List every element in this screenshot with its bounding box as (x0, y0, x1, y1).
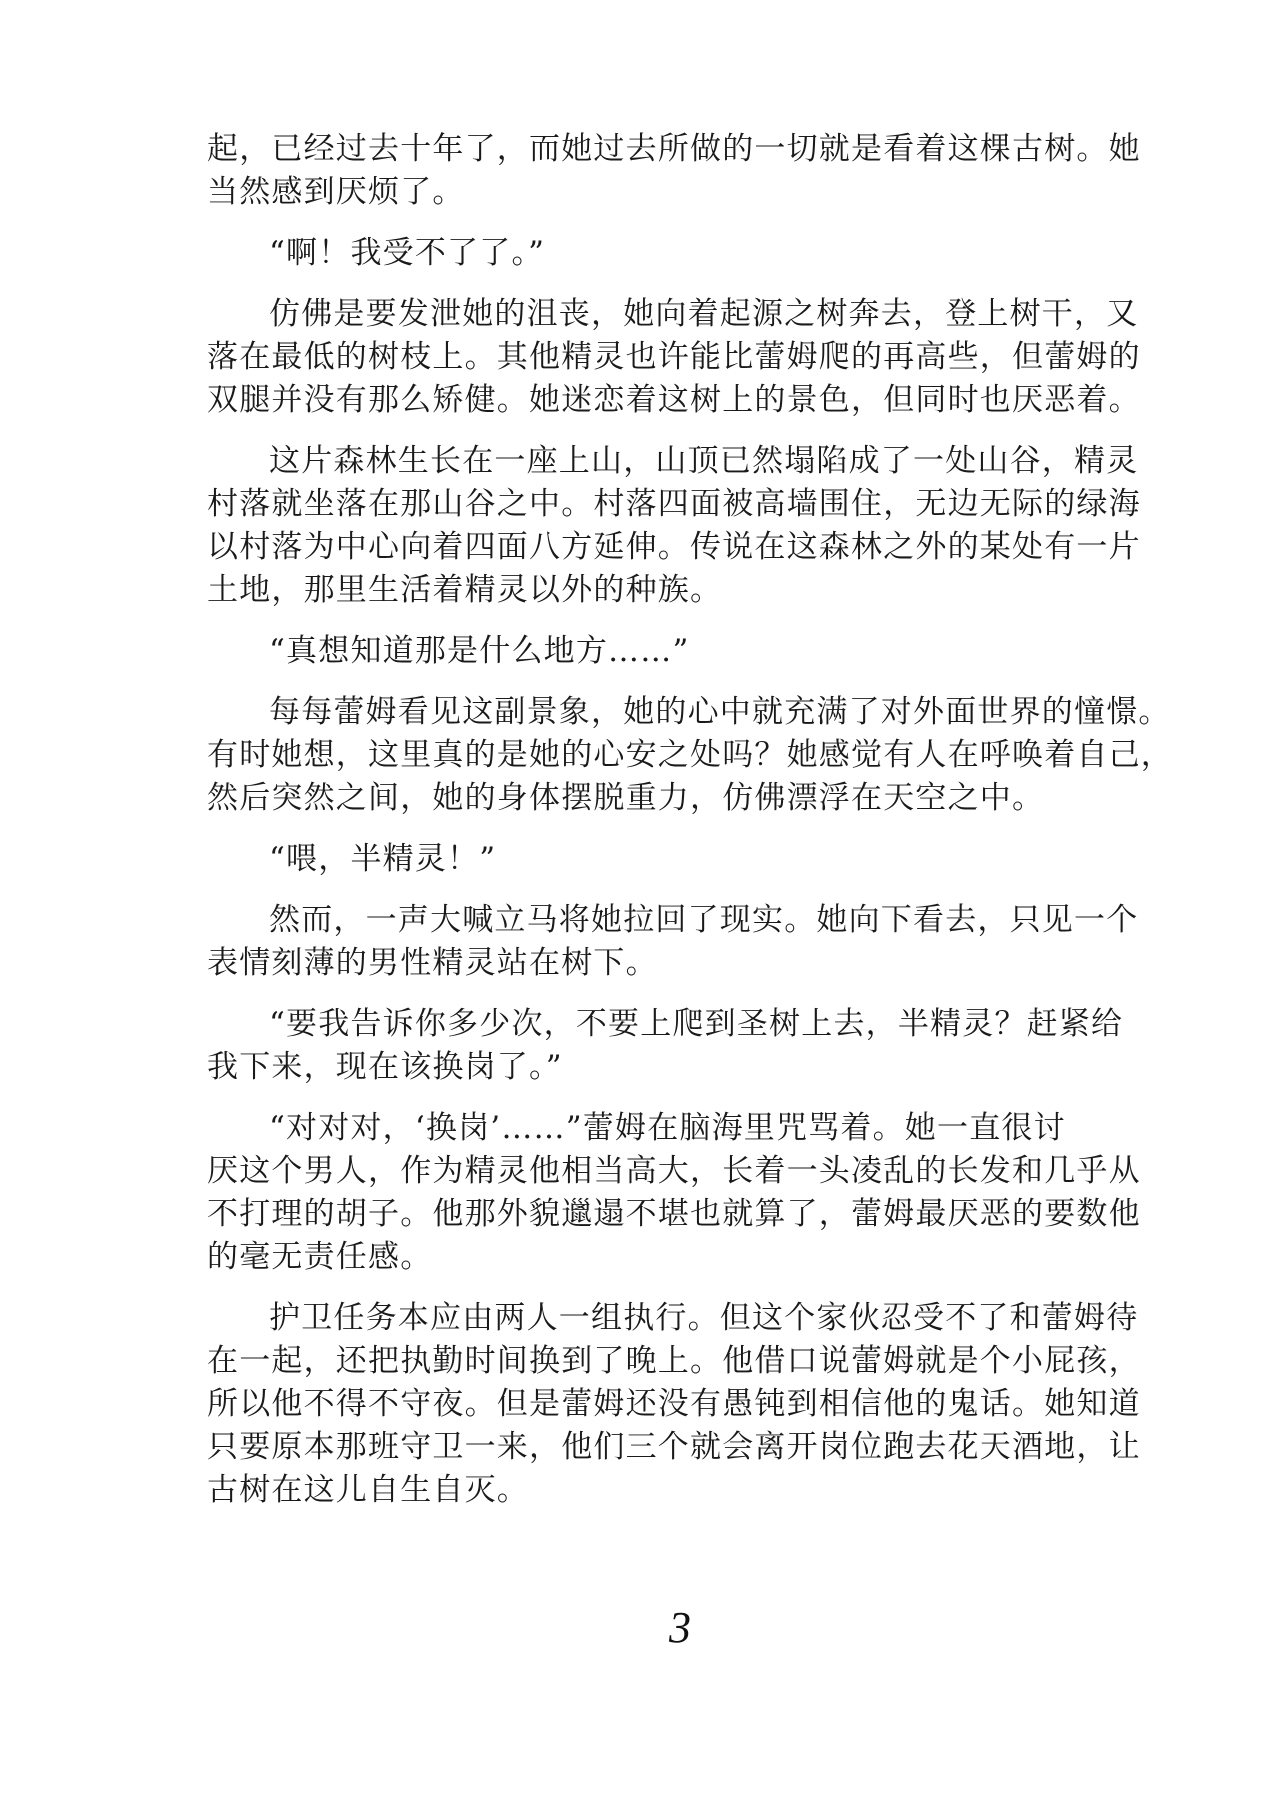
text-line: “喂，半精灵！” (207, 838, 1135, 881)
text-line: 古树在这儿自生自灭。 (207, 1469, 1135, 1512)
text-line: 这片森林生长在一座上山，山顶已然塌陷成了一处山谷，精灵 (207, 440, 1135, 483)
text-line: 厌这个男人，作为精灵他相当高大，长着一头凌乱的长发和几乎从 (207, 1150, 1135, 1193)
text-line: 只要原本那班守卫一来，他们三个就会离开岗位跑去花天酒地，让 (207, 1426, 1135, 1469)
text-line: 在一起，还把执勤时间换到了晚上。他借口说蕾姆就是个小屁孩， (207, 1340, 1135, 1383)
paragraph-4: 这片森林生长在一座上山，山顶已然塌陷成了一处山谷，精灵 村落就坐落在那山谷之中。… (207, 440, 1135, 612)
paragraph-11: 护卫任务本应由两人一组执行。但这个家伙忍受不了和蕾姆待 在一起，还把执勤时间换到… (207, 1297, 1135, 1512)
paragraph-10: “对对对，‘换岗’……”蕾姆在脑海里咒骂着。她一直很讨 厌这个男人，作为精灵他相… (207, 1107, 1135, 1279)
text-line: 的毫无责任感。 (207, 1236, 1135, 1279)
text-line: “真想知道那是什么地方……” (207, 630, 1135, 673)
page-number: 3 (0, 1598, 1280, 1658)
paragraph-2: “啊！我受不了了。” (207, 232, 1135, 275)
text-line: 起，已经过去十年了，而她过去所做的一切就是看着这棵古树。她 (207, 128, 1135, 171)
text-line: 然而，一声大喊立马将她拉回了现实。她向下看去，只见一个 (207, 899, 1135, 942)
text-line: 不打理的胡子。他那外貌邋遢不堪也就算了，蕾姆最厌恶的要数他 (207, 1193, 1135, 1236)
text-line: 所以他不得不守夜。但是蕾姆还没有愚钝到相信他的鬼话。她知道 (207, 1383, 1135, 1426)
text-line: 当然感到厌烦了。 (207, 171, 1135, 214)
text-line: 落在最低的树枝上。其他精灵也许能比蕾姆爬的再高些，但蕾姆的 (207, 336, 1135, 379)
paragraph-7: “喂，半精灵！” (207, 838, 1135, 881)
paragraph-6: 每每蕾姆看见这副景象，她的心中就充满了对外面世界的憧憬。 有时她想，这里真的是她… (207, 691, 1135, 820)
text-line: “对对对，‘换岗’……”蕾姆在脑海里咒骂着。她一直很讨 (207, 1107, 1135, 1150)
paragraph-1: 起，已经过去十年了，而她过去所做的一切就是看着这棵古树。她 当然感到厌烦了。 (207, 128, 1135, 214)
paragraph-8: 然而，一声大喊立马将她拉回了现实。她向下看去，只见一个 表情刻薄的男性精灵站在树… (207, 899, 1135, 985)
text-line: 村落就坐落在那山谷之中。村落四面被高墙围住，无边无际的绿海 (207, 483, 1135, 526)
text-line: 然后突然之间，她的身体摆脱重力，仿佛漂浮在天空之中。 (207, 777, 1135, 820)
paragraph-5: “真想知道那是什么地方……” (207, 630, 1135, 673)
paragraph-9: “要我告诉你多少次，不要上爬到圣树上去，半精灵？赶紧给 我下来，现在该换岗了。” (207, 1003, 1135, 1089)
text-line: 以村落为中心向着四面八方延伸。传说在这森林之外的某处有一片 (207, 526, 1135, 569)
text-line: 仿佛是要发泄她的沮丧，她向着起源之树奔去，登上树干，又 (207, 293, 1135, 336)
text-line: 我下来，现在该换岗了。” (207, 1046, 1135, 1089)
text-line: “要我告诉你多少次，不要上爬到圣树上去，半精灵？赶紧给 (207, 1003, 1135, 1046)
text-line: 表情刻薄的男性精灵站在树下。 (207, 942, 1135, 985)
paragraph-3: 仿佛是要发泄她的沮丧，她向着起源之树奔去，登上树干，又 落在最低的树枝上。其他精… (207, 293, 1135, 422)
text-line: 双腿并没有那么矫健。她迷恋着这树上的景色，但同时也厌恶着。 (207, 379, 1135, 422)
text-line: 每每蕾姆看见这副景象，她的心中就充满了对外面世界的憧憬。 (207, 691, 1135, 734)
text-line: 护卫任务本应由两人一组执行。但这个家伙忍受不了和蕾姆待 (207, 1297, 1135, 1340)
document-body: 起，已经过去十年了，而她过去所做的一切就是看着这棵古树。她 当然感到厌烦了。 “… (207, 128, 1135, 1530)
text-line: 有时她想，这里真的是她的心安之处吗？她感觉有人在呼唤着自己， (207, 734, 1135, 777)
text-line: “啊！我受不了了。” (207, 232, 1135, 275)
text-line: 土地，那里生活着精灵以外的种族。 (207, 569, 1135, 612)
